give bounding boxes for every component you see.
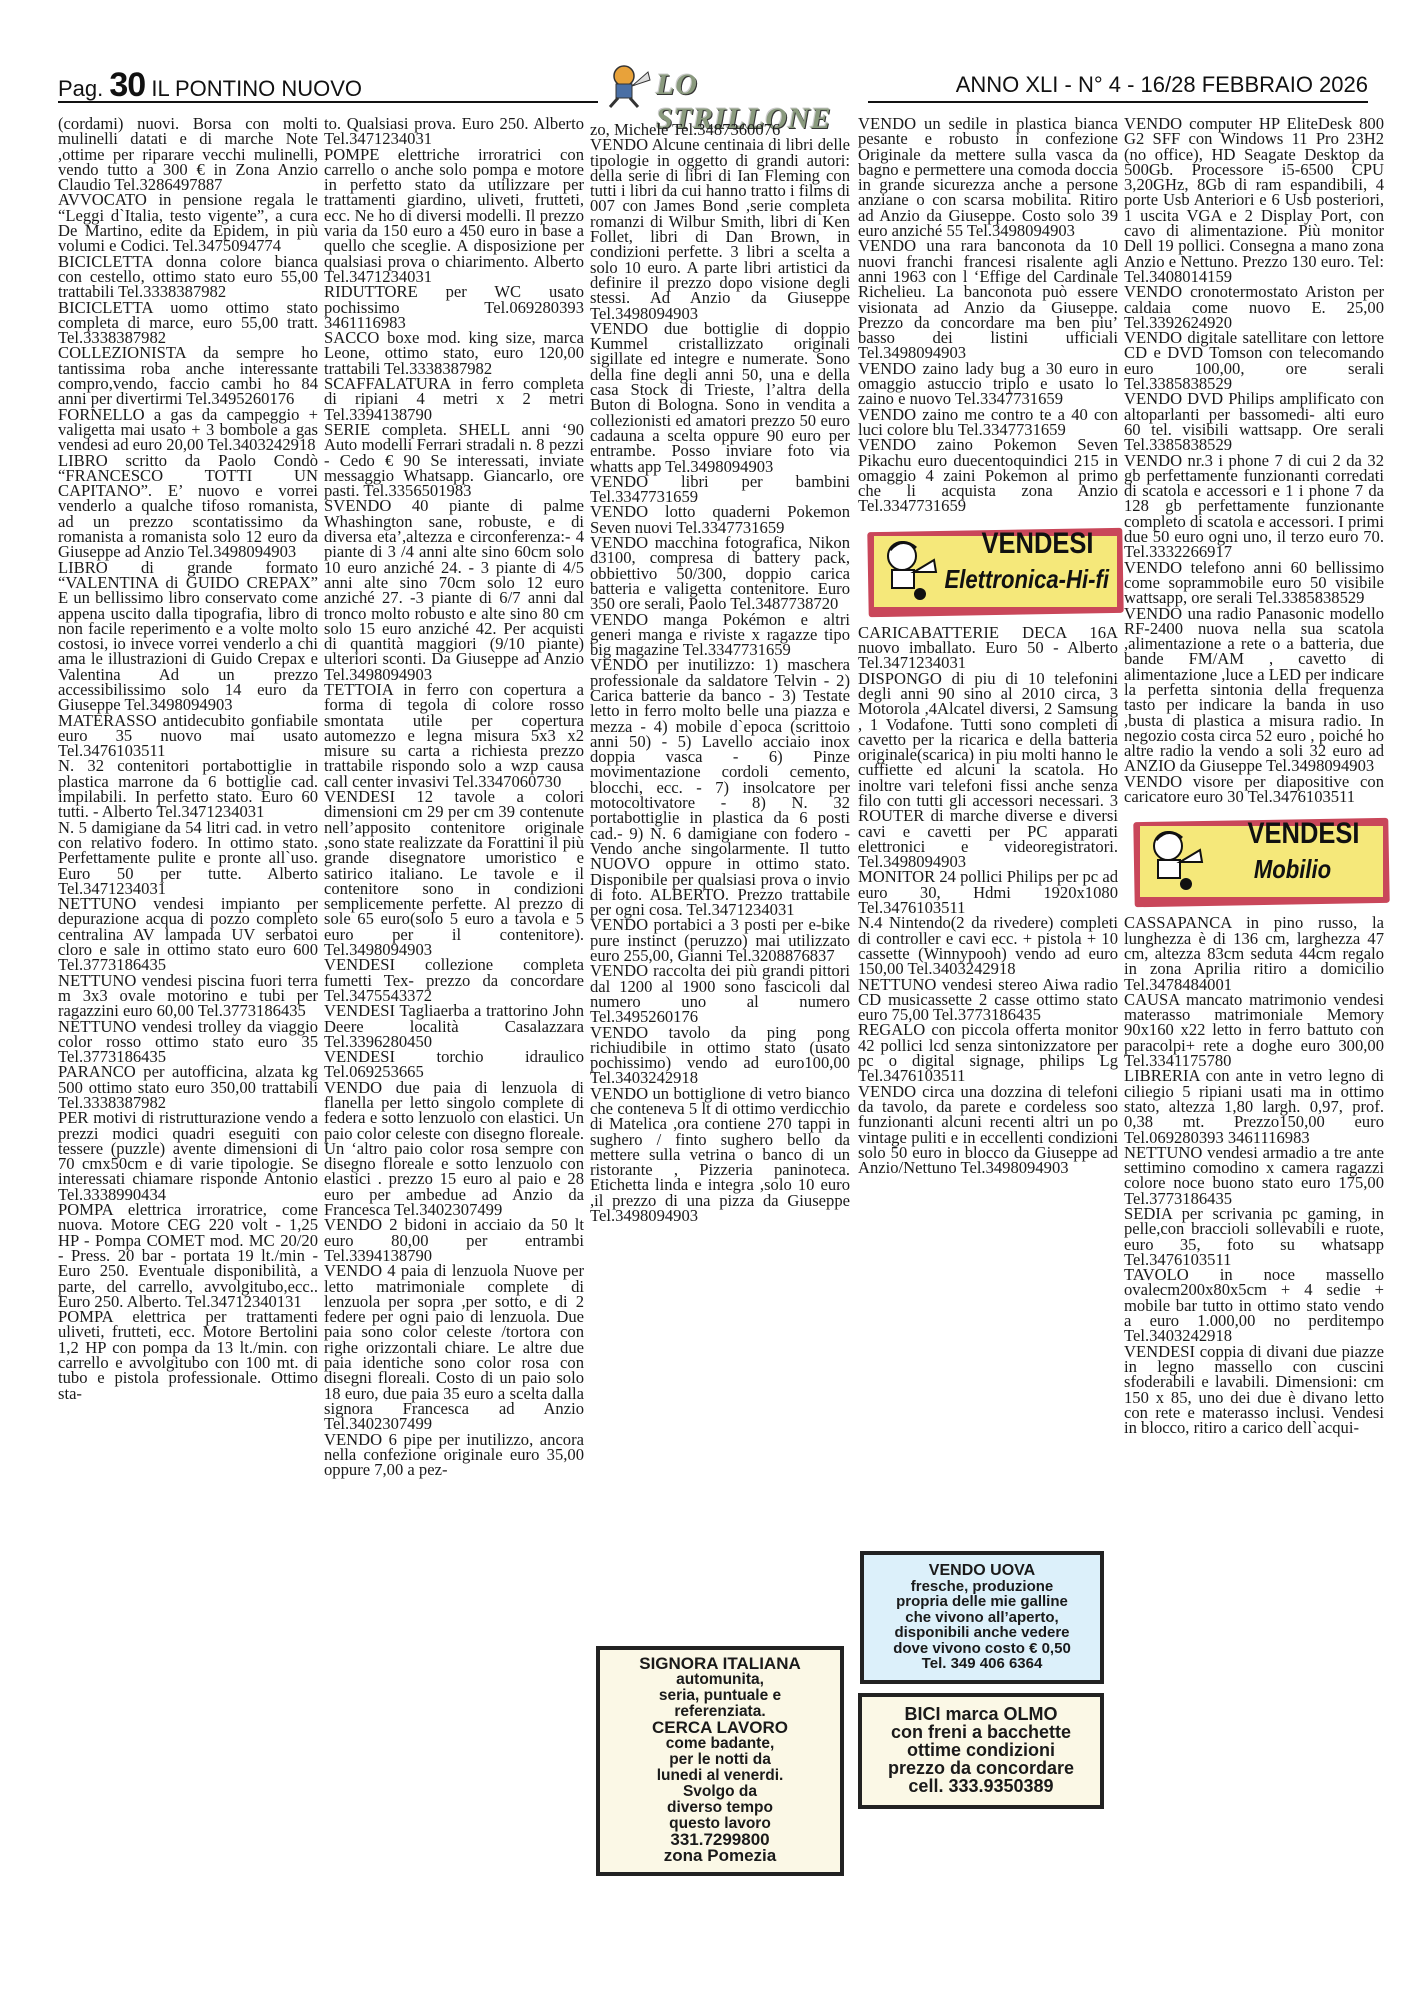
box-line: per le notti da — [600, 1752, 840, 1768]
classified-ad: VENDO macchina fotografica, Nikon d3100,… — [590, 535, 850, 611]
vendo-uova-box-ad: VENDO UOVA fresche, produzione propria d… — [860, 1551, 1104, 1684]
classified-ad: VENDO telefono anni 60 bellissimo come s… — [1124, 560, 1384, 606]
classifieds-column-4: VENDO un sedile in plastica bianca pesan… — [858, 116, 1118, 1175]
classified-ad: SVENDO 40 piante di palme Whashington sa… — [324, 498, 584, 682]
classified-ad: VENDO una radio Panasonic modello RF-240… — [1124, 606, 1384, 774]
classified-ad: LIBRERIA con ante in vetro legno di cili… — [1124, 1068, 1384, 1144]
classified-ad: VENDO Alcune centinaia di libri delle ti… — [590, 137, 850, 321]
classified-ad: VENDO due bottiglie di doppio Kummel cri… — [590, 321, 850, 474]
classified-ad: VENDO tavolo da ping pong richiudibile i… — [590, 1025, 850, 1086]
box-phone: cell. 333.9350389 — [862, 1777, 1100, 1795]
classified-ad: NETTUNO vendesi stereo Aiwa radio CD mus… — [858, 977, 1118, 1023]
lo-strillone-logo: LO STRILLONE — [594, 62, 864, 108]
box-line: propria delle mie galline — [864, 1594, 1100, 1610]
classified-ad: CARICABATTERIE DECA 16A nuovo imballato.… — [858, 625, 1118, 671]
classifieds-column-5: VENDO computer HP EliteDesk 800 G2 SFF c… — [1124, 116, 1384, 1435]
classified-ad: VENDO 2 bidoni in acciaio da 50 lt euro … — [324, 1217, 584, 1263]
box-line: lunedi al venerdi. — [600, 1768, 840, 1784]
classified-ad: LIBRO scritto da Paolo Condò “FRANCESCO … — [58, 453, 318, 560]
box-line: automunita, — [600, 1672, 840, 1688]
classified-ad: (cordami) nuovi. Borsa con molti mulinel… — [58, 116, 318, 192]
classified-ad: VENDO visore per diapositive con caricat… — [1124, 774, 1384, 805]
classified-ad: NETTUNO vendesi trolley da viaggio color… — [58, 1019, 318, 1065]
classified-ad: VENDO cronotermostato Ariston per caldai… — [1124, 284, 1384, 330]
classified-ad: VENDO 4 paia di lenzuola Nuove per letto… — [324, 1263, 584, 1431]
box-line: SIGNORA ITALIANA — [600, 1656, 840, 1672]
classified-ad: VENDO manga Pokémon e altri generi manga… — [590, 612, 850, 658]
classified-ad: SERIE completa. SHELL anni ‘90 Auto mode… — [324, 422, 584, 498]
box-line: prezzo da concordare — [862, 1759, 1100, 1777]
classified-ad: VENDO portabici a 3 posti per e-bike pur… — [590, 917, 850, 963]
newsboy-mascot-icon — [872, 534, 942, 604]
classified-ad: CAUSA mancato matrimonio vendesi materas… — [1124, 992, 1384, 1068]
classified-ad: POMPE elettriche irroratrici con carrell… — [324, 147, 584, 285]
issue-info: ANNO XLI - N° 4 - 16/28 FEBBRAIO 2026 — [956, 72, 1368, 98]
publication-name: IL PONTINO NUOVO — [151, 76, 362, 101]
classified-ad: FORNELLO a gas da campeggio + valigetta … — [58, 407, 318, 453]
classified-ad: VENDO computer HP EliteDesk 800 G2 SFF c… — [1124, 116, 1384, 284]
classified-ad: PARANCO per autofficina, alzata kg 500 o… — [58, 1064, 318, 1110]
classified-ad: VENDO DVD Philips amplificato con altopa… — [1124, 391, 1384, 452]
box-line: come badante, — [600, 1736, 840, 1752]
bici-olmo-box-ad: BICI marca OLMO con freni a bacchette ot… — [858, 1693, 1104, 1809]
classified-ad: NETTUNO vendesi piscina fuori terra m 3x… — [58, 973, 318, 1019]
classified-ad: BICICLETTA uomo ottimo stato completa di… — [58, 300, 318, 346]
box-line: fresche, produzione — [864, 1579, 1100, 1595]
classified-ad: VENDO libri per bambini Tel.3347731659 — [590, 474, 850, 505]
classified-ad: VENDO zaino me contro te a 40 con luci c… — [858, 407, 1118, 438]
classified-ad: VENDO un sedile in plastica bianca pesan… — [858, 116, 1118, 238]
page-prefix: Pag. — [58, 76, 103, 101]
classified-ad: POMPA elettrica irroratrice, come nuova.… — [58, 1202, 318, 1309]
box-line: BICI marca OLMO — [862, 1705, 1100, 1723]
classified-ad: LIBRO di grande formato “VALENTINA di GU… — [58, 560, 318, 713]
classified-ad: VENDO per inutilizzo: 1) maschera profes… — [590, 657, 850, 917]
classified-ad: VENDO 6 pipe per inutilizzo, ancora nell… — [324, 1432, 584, 1478]
classified-ad: VENDO circa una dozzina di telefoni da t… — [858, 1084, 1118, 1176]
box-line: ottime condizioni — [862, 1741, 1100, 1759]
classified-ad: REGALO con piccola offerta monitor 42 po… — [858, 1022, 1118, 1083]
box-line: diverso tempo — [600, 1800, 840, 1816]
box-line: zona Pomezia — [600, 1848, 840, 1864]
classified-ad: VENDO digitale satellitare con lettore C… — [1124, 330, 1384, 391]
classified-ad: MONITOR 24 pollici Philips per pc ad eur… — [858, 869, 1118, 915]
classifieds-column-2: to. Qualsiasi prova. Euro 250. Alberto T… — [324, 116, 584, 1477]
box-line: disponibili anche vedere — [864, 1625, 1100, 1641]
classified-ad: TETTOIA in ferro con copertura a forma d… — [324, 682, 584, 789]
box-line: VENDO UOVA — [864, 1563, 1100, 1579]
banner-title: VENDESI — [970, 536, 1105, 551]
box-line: con freni a bacchette — [862, 1723, 1100, 1741]
header-rule-left — [58, 101, 598, 103]
signora-italiana-box-ad: SIGNORA ITALIANA automunita, seria, punt… — [596, 1646, 844, 1876]
newsboy-icon — [600, 62, 652, 108]
classified-ad: POMPA elettrica per trattamenti uliveti,… — [58, 1309, 318, 1401]
classified-ad: N. 5 damigiane da 54 litri cad. in vetro… — [58, 820, 318, 896]
classified-ad: COLLEZIONISTA da sempre ho tantissima ro… — [58, 345, 318, 406]
classified-ad: PER motivi di ristrutturazione vendo a p… — [58, 1110, 318, 1202]
classified-ad: SEDIA per scrivania pc gaming, in pelle,… — [1124, 1206, 1384, 1267]
classified-ad: N.4 Nintendo(2 da rivedere) completi di … — [858, 915, 1118, 976]
classified-ad: VENDESI collezione completa fumetti Tex-… — [324, 957, 584, 1003]
classified-ad: AVVOCATO in pensione regala le “Leggi d`… — [58, 192, 318, 253]
box-line: Svolgo da — [600, 1784, 840, 1800]
classified-ad: VENDO zaino Pokemon Seven Pikachu euro d… — [858, 437, 1118, 513]
classified-ad: VENDESI coppia di divani due piazze in l… — [1124, 1344, 1384, 1436]
classified-ad: VENDO raccolta dei più grandi pittori da… — [590, 963, 850, 1024]
classifieds-column-1: (cordami) nuovi. Borsa con molti mulinel… — [58, 116, 318, 1401]
box-line: seria, puntuale e — [600, 1688, 840, 1704]
classified-ad: TAVOLO in noce massello ovalecm200x80x5c… — [1124, 1267, 1384, 1343]
box-phone: Tel. 349 406 6364 — [864, 1656, 1100, 1672]
newsboy-mascot-icon — [1138, 824, 1208, 894]
banner-subtitle: Elettronica-Hi-fi — [944, 572, 1108, 587]
classified-ad: VENDO zaino lady bug a 30 euro in omaggi… — [858, 361, 1118, 407]
classified-ad: VENDESI 12 tavole a colori dimensioni cm… — [324, 789, 584, 957]
classified-ad: NETTUNO vendesi impianto per depurazione… — [58, 896, 318, 972]
box-line: CERCA LAVORO — [600, 1720, 840, 1736]
vendesi-elettronica-banner: VENDESI Elettronica-Hi-fi — [868, 530, 1123, 615]
classified-ad: VENDO nr.3 i phone 7 di cui 2 da 32 gb p… — [1124, 453, 1384, 560]
classified-ad: VENDESI torchio idraulico Tel.069253665 — [324, 1049, 584, 1080]
classified-ad: BICICLETTA donna colore bianca con ceste… — [58, 254, 318, 300]
classified-ad: VENDESI Tagliaerba a trattorino John Dee… — [324, 1003, 584, 1049]
classified-ad: to. Qualsiasi prova. Euro 250. Alberto T… — [324, 116, 584, 147]
header-rule-right — [868, 101, 1368, 103]
classified-ad: N. 32 contenitori portabottiglie in plas… — [58, 758, 318, 819]
classified-ad: VENDO una rara banconota da 10 nuovi fra… — [858, 238, 1118, 360]
classified-ad: RIDUTTORE per WC usato pochissimo Tel.06… — [324, 284, 584, 330]
page-number: 30 — [109, 66, 145, 104]
page-title: Pag. 30 IL PONTINO NUOVO — [58, 66, 362, 105]
classified-ad: VENDO due paia di lenzuola di flanella p… — [324, 1080, 584, 1218]
classified-ad: SACCO boxe mod. king size, marca Leone, … — [324, 330, 584, 376]
classified-ad: DISPONGO di piu di 10 telefonini degli a… — [858, 671, 1118, 870]
classified-ad: NETTUNO vendesi armadio a tre ante setti… — [1124, 1145, 1384, 1206]
vendesi-mobilio-banner: VENDESI Mobilio — [1134, 820, 1389, 905]
box-line: dove vivono costo € 0,50 — [864, 1641, 1100, 1657]
banner-title: VENDESI — [1236, 826, 1371, 841]
classified-ad: VENDO un bottiglione di vetro bianco che… — [590, 1086, 850, 1224]
classified-ad: VENDO lotto quaderni Pokemon Seven nuovi… — [590, 504, 850, 535]
classified-ad: SCAFFALATURA in ferro completa di ripian… — [324, 376, 584, 422]
banner-subtitle: Mobilio — [1210, 862, 1374, 877]
classified-ad: MATERASSO antidecubito gonfiabile euro 3… — [58, 713, 318, 759]
classifieds-column-3: zo, Michele Tel.3487360076 VENDO Alcune … — [590, 122, 850, 1223]
box-line: che vivono all’aperto, — [864, 1610, 1100, 1626]
classified-ad: CASSAPANCA in pino russo, la lunghezza è… — [1124, 915, 1384, 991]
